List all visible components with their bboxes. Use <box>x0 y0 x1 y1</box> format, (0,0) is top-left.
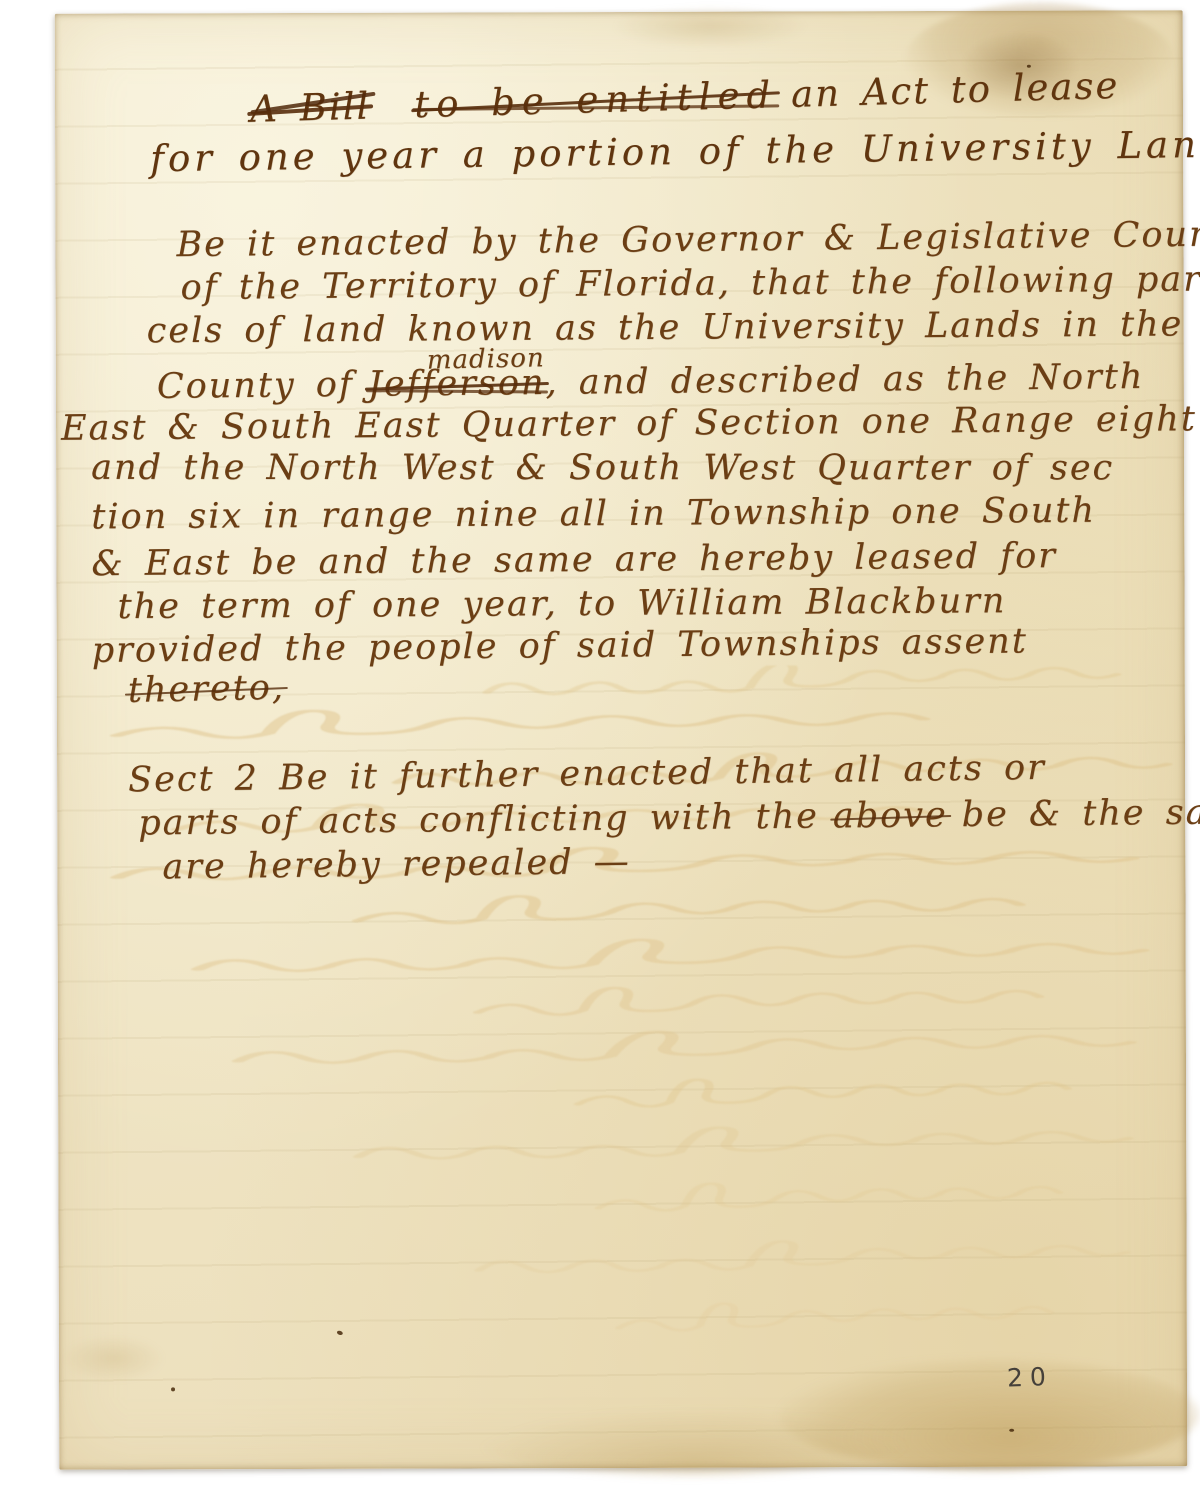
page-number: 20 <box>1006 1362 1053 1393</box>
body-line-6: and the North West & South West Quarter … <box>91 448 1114 488</box>
struck-text-jefferson: Jefferson <box>368 363 546 405</box>
document-page: A Billto be entitledan Act to lease for … <box>55 10 1188 1470</box>
body-line-11: thereto, <box>127 668 285 711</box>
body-line-4-pre: County of <box>157 365 354 407</box>
section2-line-3: are hereby repealed — <box>162 842 631 888</box>
struck-text-a-bill: A Bill <box>250 84 371 130</box>
body-line-2: of the Territory of Florida, that the fo… <box>180 259 1200 308</box>
title-kept-text: an Act to lease <box>790 64 1119 116</box>
section2-line-2-pre: parts of acts conflicting with the <box>138 797 819 844</box>
body-line-3: cels of land known as the University Lan… <box>147 304 1184 351</box>
section2-line-2-post: be & the same <box>961 792 1200 835</box>
body-line-8: & East be and the same are hereby leased… <box>91 536 1057 584</box>
ink-speck <box>1009 1429 1014 1432</box>
body-line-4-post: , and described as the North <box>545 357 1144 403</box>
struck-text-above: above <box>833 795 948 836</box>
body-line-9: the term of one year, to William Blackbu… <box>117 581 1006 627</box>
body-line-7: tion six in range nine all in Township o… <box>91 491 1096 538</box>
struck-text-thereto: thereto, <box>127 668 285 711</box>
